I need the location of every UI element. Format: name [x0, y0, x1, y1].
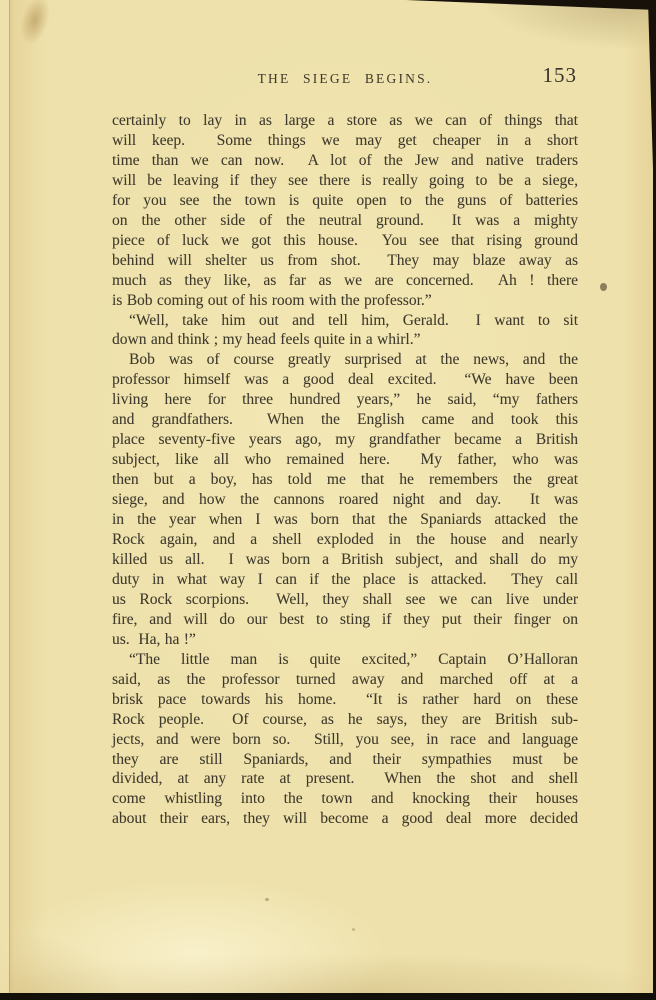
text-line: Rock people. Of course, as he says, they…: [112, 710, 578, 730]
text-line: will keep. Some things we may get cheape…: [112, 131, 578, 151]
text-line: they are still Spaniards, and their symp…: [112, 750, 578, 770]
text-line: subject, like all who remained here. My …: [112, 450, 578, 470]
text-block: certainly to lay in as large a store as …: [112, 111, 578, 829]
text-line: down and think ; my head feels quite in …: [112, 330, 578, 350]
text-line: fire, and will do our best to sting if t…: [112, 610, 578, 630]
text-line: Bob was of course greatly surprised at t…: [112, 350, 578, 370]
text-line: much as they like, as far as we are conc…: [112, 271, 578, 291]
ink-speck: [352, 928, 355, 931]
text-line: on the other side of the neutral ground.…: [112, 211, 578, 231]
text-line: come whistling into the town and knockin…: [112, 789, 578, 809]
text-line: living here for three hundred years,” he…: [112, 390, 578, 410]
text-line: in the year when I was born that the Spa…: [112, 510, 578, 530]
text-line: duty in what way I can if the place is a…: [112, 570, 578, 590]
text-line: place seventy-five years ago, my grandfa…: [112, 430, 578, 450]
page-left-edge: [0, 0, 9, 993]
text-line: professor himself was a good deal excite…: [112, 370, 578, 390]
text-line: divided, at any rate at present. When th…: [112, 769, 578, 789]
running-title: THE SIEGE BEGINS.: [112, 71, 578, 87]
text-line: killed us all. I was born a British subj…: [112, 550, 578, 570]
text-line: behind will shelter us from shot. They m…: [112, 251, 578, 271]
text-line: will be leaving if they see there is rea…: [112, 171, 578, 191]
text-line: Rock again, and a shell exploded in the …: [112, 530, 578, 550]
text-line: us. Ha, ha !”: [112, 630, 578, 650]
text-line: us Rock scorpions. Well, they shall see …: [112, 590, 578, 610]
running-header: THE SIEGE BEGINS. 153: [112, 68, 578, 92]
text-line: piece of luck we got this house. You see…: [112, 231, 578, 251]
text-line: siege, and how the cannons roared night …: [112, 490, 578, 510]
text-line: time than we can now. A lot of the Jew a…: [112, 151, 578, 171]
ink-speck: [265, 898, 269, 901]
scan-background: THE SIEGE BEGINS. 153 certainly to lay i…: [0, 0, 656, 1000]
text-line: “Well, take him out and tell him, Gerald…: [112, 311, 578, 331]
text-line: said, as the professor turned away and m…: [112, 670, 578, 690]
page-curl-mark: [13, 0, 57, 51]
text-line: for you see the town is quite open to th…: [112, 191, 578, 211]
text-line: “The little man is quite excited,” Capta…: [112, 650, 578, 670]
text-line: is Bob coming out of his room with the p…: [112, 291, 578, 311]
text-line: and grandfathers. When the English came …: [112, 410, 578, 430]
ink-speck: [600, 283, 607, 291]
text-line: then but a boy, has told me that he reme…: [112, 470, 578, 490]
page-number: 153: [543, 63, 578, 88]
text-line: certainly to lay in as large a store as …: [112, 111, 578, 131]
text-line: about their ears, they will become a goo…: [112, 809, 578, 829]
text-line: brisk pace towards his home. “It is rath…: [112, 690, 578, 710]
book-page: THE SIEGE BEGINS. 153 certainly to lay i…: [0, 0, 653, 993]
text-line: jects, and were born so. Still, you see,…: [112, 730, 578, 750]
page-crease-line: [9, 0, 10, 993]
